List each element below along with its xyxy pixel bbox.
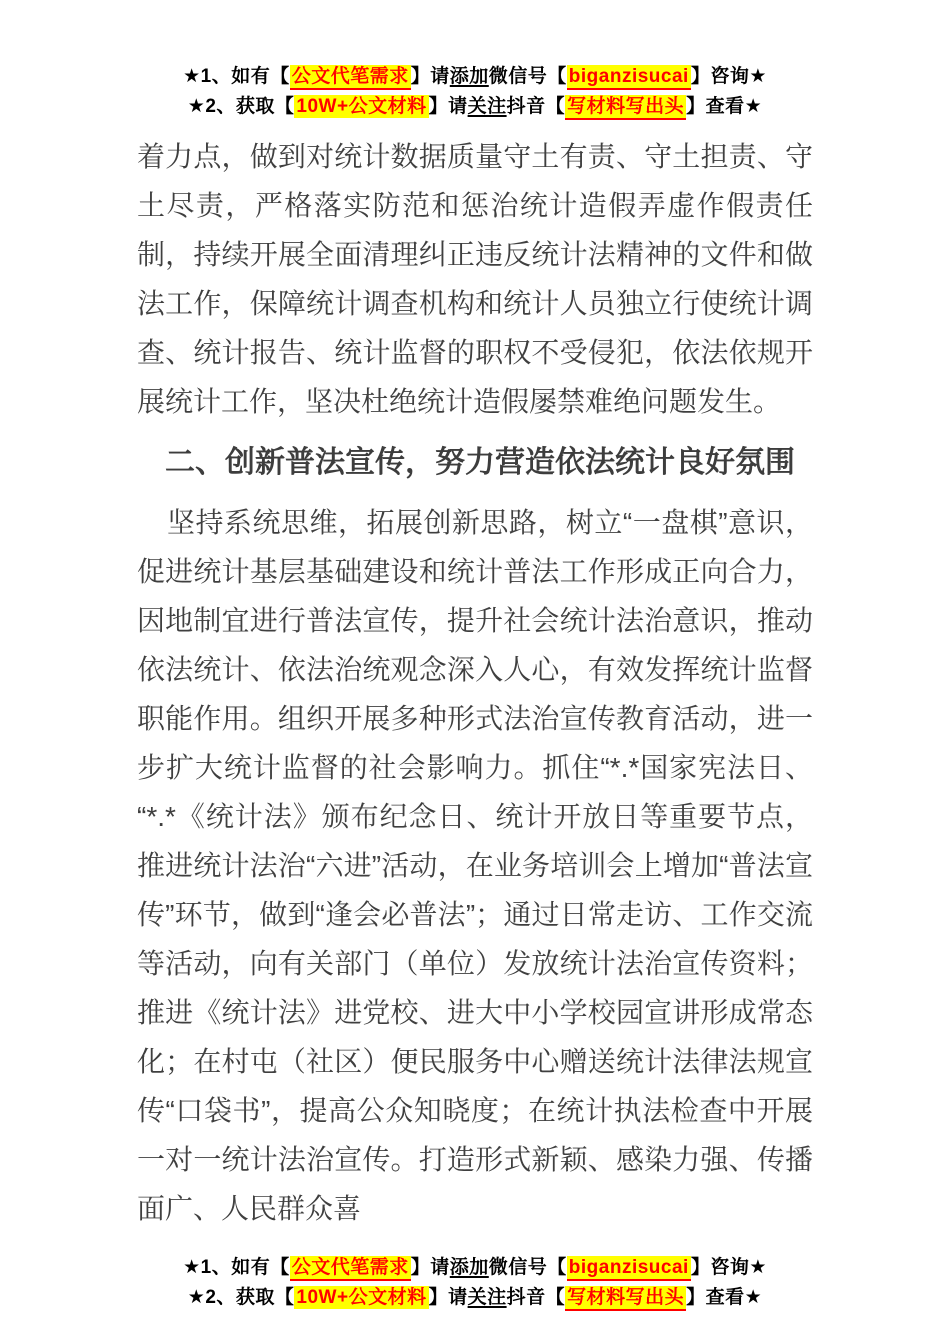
promo-wechat-id: biganzisucai xyxy=(567,65,691,90)
promo-highlight-materials: 10W+公文材料 xyxy=(294,1286,428,1309)
promo-text: 】请 xyxy=(429,1287,468,1308)
promo-text: 】查看★ xyxy=(686,1287,762,1308)
promo-highlight-service: 公文代笔需求 xyxy=(290,1256,411,1281)
promo-text: 】请 xyxy=(411,66,450,87)
promo-banner-top: ★1、如有【公文代笔需求】请添加微信号【biganzisucai】咨询★ ★2、… xyxy=(0,62,950,122)
promo-banner-bottom: ★1、如有【公文代笔需求】请添加微信号【biganzisucai】咨询★ ★2、… xyxy=(0,1253,950,1313)
promo-douyin-id: 写材料写出头 xyxy=(565,95,686,120)
promo-text: ★2、获取【 xyxy=(188,96,295,117)
promo-underline-add: 添加 xyxy=(450,1257,489,1278)
promo-highlight-materials: 10W+公文材料 xyxy=(294,95,428,118)
promo-underline-follow: 关注 xyxy=(468,96,507,117)
promo-text: ★1、如有【 xyxy=(183,66,290,87)
promo-line-1: ★1、如有【公文代笔需求】请添加微信号【biganzisucai】咨询★ xyxy=(0,62,950,92)
promo-text: 】咨询★ xyxy=(691,66,767,87)
promo-text: 】请 xyxy=(429,96,468,117)
section-heading: 二、创新普法宣传，努力营造依法统计良好氛围 xyxy=(137,441,813,485)
promo-text: 】咨询★ xyxy=(691,1257,767,1278)
promo-line-2: ★2、获取【10W+公文材料】请关注抖音【写材料写出头】查看★ xyxy=(0,92,950,122)
promo-highlight-service: 公文代笔需求 xyxy=(290,65,411,90)
promo-line-1: ★1、如有【公文代笔需求】请添加微信号【biganzisucai】咨询★ xyxy=(0,1253,950,1283)
document-body: 着力点，做到对统计数据质量守土有责、守土担责、守土尽责，严格落实防范和惩治统计造… xyxy=(137,132,813,1233)
promo-wechat-id: biganzisucai xyxy=(567,1256,691,1281)
promo-text: 抖音【 xyxy=(507,96,566,117)
promo-text: 】查看★ xyxy=(686,96,762,117)
promo-underline-follow: 关注 xyxy=(468,1287,507,1308)
promo-text: ★1、如有【 xyxy=(183,1257,290,1278)
promo-douyin-id: 写材料写出头 xyxy=(565,1286,686,1311)
promo-text: 微信号【 xyxy=(489,66,567,87)
promo-text: ★2、获取【 xyxy=(188,1287,295,1308)
body-paragraph: 坚持系统思维，拓展创新思路，树立“一盘棋”意识，促进统计基层基础建设和统计普法工… xyxy=(137,498,813,1233)
promo-line-2: ★2、获取【10W+公文材料】请关注抖音【写材料写出头】查看★ xyxy=(0,1283,950,1313)
promo-text: 抖音【 xyxy=(507,1287,566,1308)
promo-text: 】请 xyxy=(411,1257,450,1278)
document-page: ★1、如有【公文代笔需求】请添加微信号【biganzisucai】咨询★ ★2、… xyxy=(0,0,950,1344)
promo-text: 微信号【 xyxy=(489,1257,567,1278)
continuation-paragraph: 着力点，做到对统计数据质量守土有责、守土担责、守土尽责，严格落实防范和惩治统计造… xyxy=(137,132,813,426)
promo-underline-add: 添加 xyxy=(450,66,489,87)
